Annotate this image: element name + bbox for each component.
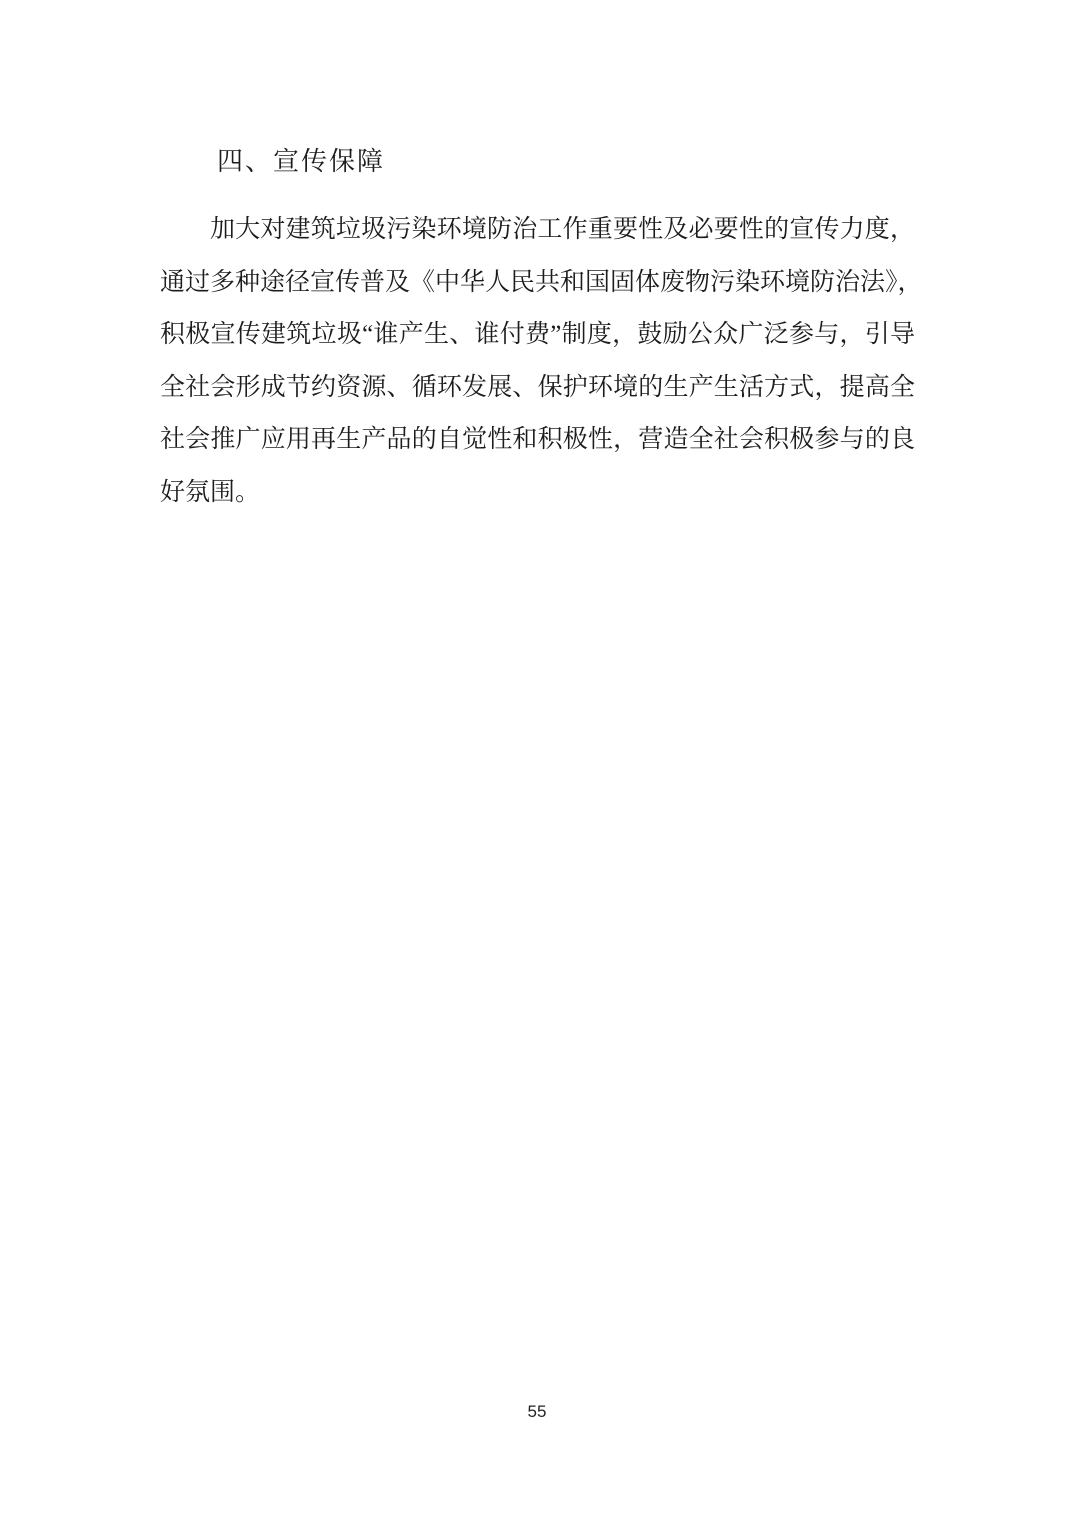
body-paragraph: 加大对建筑垃圾污染环境防治工作重要性及必要性的宣传力度， 通过多种途径宣传普及《… — [160, 204, 915, 519]
paragraph-line: 通过多种途径宣传普及《中华人民共和国固体废物污染环境防治法》， — [160, 257, 915, 310]
page-number: 55 — [0, 1402, 1074, 1422]
page-content: 四、宣传保障 加大对建筑垃圾污染环境防治工作重要性及必要性的宣传力度， 通过多种… — [160, 146, 915, 519]
paragraph-line: 社会推广应用再生产品的自觉性和积极性，营造全社会积极参与的良 — [160, 414, 915, 467]
paragraph-line: 全社会形成节约资源、循环发展、保护环境的生产生活方式，提高全 — [160, 362, 915, 415]
paragraph-line: 加大对建筑垃圾污染环境防治工作重要性及必要性的宣传力度， — [160, 204, 915, 257]
paragraph-line: 积极宣传建筑垃圾“谁产生、谁付费”制度，鼓励公众广泛参与，引导 — [160, 309, 915, 362]
document-page: 四、宣传保障 加大对建筑垃圾污染环境防治工作重要性及必要性的宣传力度， 通过多种… — [0, 0, 1074, 1520]
section-heading: 四、宣传保障 — [217, 146, 915, 178]
paragraph-line: 好氛围。 — [160, 467, 915, 520]
